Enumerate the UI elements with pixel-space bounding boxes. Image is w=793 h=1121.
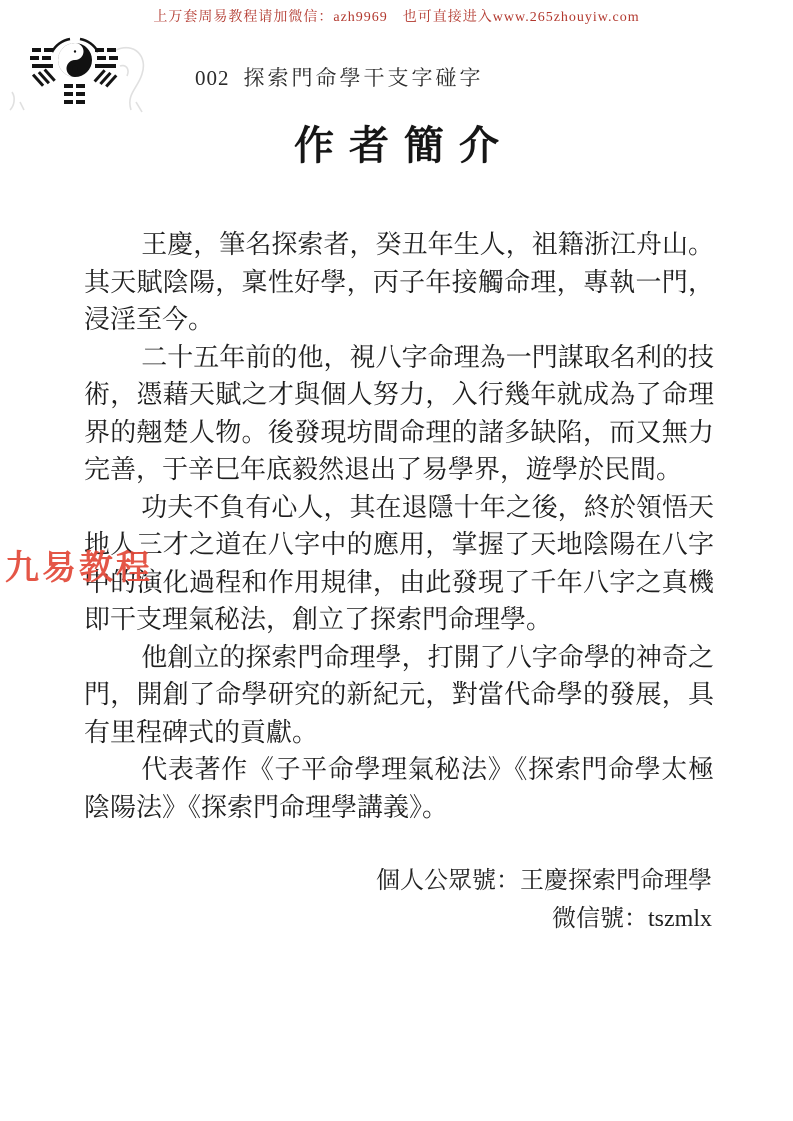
paragraph: 王慶，筆名探索者，癸丑年生人，祖籍浙江舟山。其天賦陰陽，稟性好學，丙子年接觸命理… xyxy=(84,226,714,339)
page-number: 002 xyxy=(195,66,230,90)
page-title: 作者簡介 xyxy=(0,114,793,171)
bagua-yinyang-svg xyxy=(8,36,158,116)
promo-banner-text: 上万套周易教程请加微信：azh9969 也可直接进入www.265zhouyiw… xyxy=(0,6,793,26)
paragraph: 他創立的探索門命理學，打開了八字命學的神奇之門，開創了命學研究的新紀元，對當代命… xyxy=(84,639,714,752)
wechat-line: 微信號：tszmlx xyxy=(376,900,712,938)
author-bio-body: 王慶，筆名探索者，癸丑年生人，祖籍浙江舟山。其天賦陰陽，稟性好學，丙子年接觸命理… xyxy=(84,226,714,826)
public-account-line: 個人公眾號：王慶探索門命理學 xyxy=(376,862,712,900)
book-page: 上万套周易教程请加微信：azh9969 也可直接进入www.265zhouyiw… xyxy=(0,0,793,1121)
paragraph: 代表著作《子平命學理氣秘法》《探索門命學太極陰陽法》《探索門命理學講義》。 xyxy=(84,751,714,826)
paragraph: 二十五年前的他，視八字命理為一門謀取名利的技術，憑藉天賦之才與個人努力，入行幾年… xyxy=(84,339,714,489)
paragraph: 功夫不負有心人，其在退隱十年之後，終於領悟天地人三才之道在八字中的應用，掌握了天… xyxy=(84,489,714,639)
watermark-text: 九易教程 xyxy=(5,540,153,589)
running-header: 002探索門命學干支字碰字 xyxy=(195,62,484,92)
contact-block: 個人公眾號：王慶探索門命理學 微信號：tszmlx xyxy=(376,862,712,938)
running-header-title: 探索門命學干支字碰字 xyxy=(244,66,484,90)
bagua-yinyang-icon xyxy=(8,36,158,116)
